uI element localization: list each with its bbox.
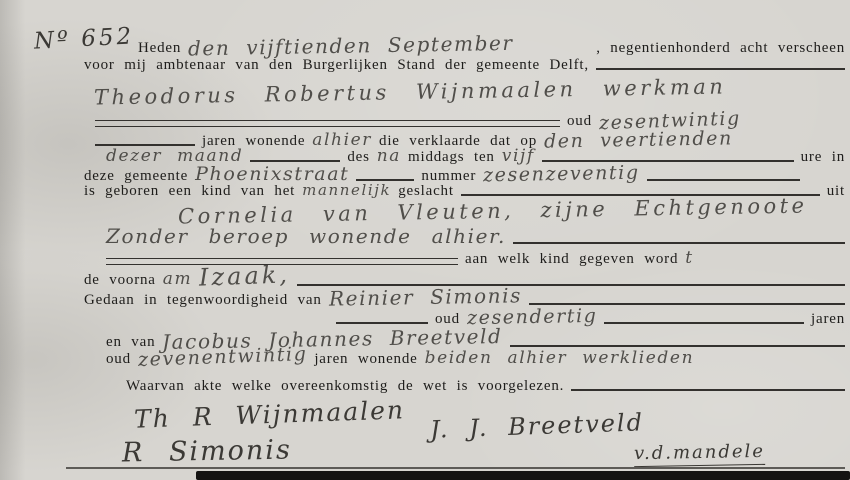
- printed-geslacht: geslacht: [398, 183, 454, 200]
- line-officiant: voor mij ambtenaar van den Burgerlijken …: [84, 57, 845, 74]
- printed-gedaan: Gedaan in tegenwoordigheid van: [84, 292, 322, 309]
- printed-geboren: is geboren een kind van het: [84, 183, 295, 200]
- printed-ure-in: ure in: [801, 149, 845, 166]
- record-number: Nº 652: [33, 23, 134, 54]
- printed-closing: Waarvan akte welke overeenkomstig de wet…: [126, 378, 564, 395]
- baseline-rule: [596, 68, 845, 70]
- handwritten-mother-residence: Zonder beroep wonende alhier.: [106, 224, 506, 248]
- printed-heden: Heden: [138, 40, 181, 57]
- line-witness2-age-residence: oud zevenentwintig jaren wonende beiden …: [106, 346, 845, 368]
- baseline-rule: [571, 389, 845, 391]
- printed-jaren: jaren: [811, 311, 845, 328]
- printed-year: , negentienhonderd acht verscheen: [596, 40, 845, 57]
- printed-jaren-wonende2: jaren wonende: [314, 351, 417, 368]
- printed-uit: uit: [827, 183, 845, 200]
- handwritten-sex: mannelijk: [302, 181, 391, 199]
- baseline-rule: [604, 322, 804, 324]
- scan-edge-bar: [196, 471, 850, 480]
- baseline-rule-double: [95, 120, 560, 127]
- scan-edge-line: [66, 467, 845, 469]
- baseline-rule: [513, 242, 845, 244]
- printed-ambtenaar: voor mij ambtenaar van den Burgerlijken …: [84, 57, 589, 74]
- line-date: Heden den vijftienden September , negent…: [138, 33, 845, 57]
- line-closing: Waarvan akte welke overeenkomstig de wet…: [126, 378, 845, 395]
- baseline-rule: [336, 322, 428, 324]
- printed-oud-witness2: oud: [106, 351, 131, 368]
- baseline-rule: [250, 160, 340, 162]
- handwritten-declarant-name: Theodorus Robertus Wijnmaalen werkman: [94, 74, 727, 109]
- handwritten-witness2-age: zevenentwintig: [138, 343, 308, 371]
- line-mother-name: Cornelia van Vleuten, zijne Echtgenoote: [178, 199, 818, 223]
- handwritten-witnesses-residence: beiden alhier werklieden: [425, 348, 845, 368]
- line-mother-residence: Zonder beroep wonende alhier.: [106, 224, 845, 248]
- signature-official: v.d.mandele: [634, 441, 765, 467]
- line-declarant: Theodorus Robertus Wijnmaalen werkman: [94, 80, 794, 104]
- signature-witness2: J. J. Breetveld: [430, 408, 645, 443]
- signature-witness1: R Simonis: [122, 435, 292, 469]
- handwritten-date: den vijftienden September: [188, 30, 589, 61]
- birth-certificate-scan: Nº 652 Heden den vijftienden September ,…: [0, 0, 850, 480]
- signature-declarant: Th R Wijnmaalen: [134, 395, 406, 433]
